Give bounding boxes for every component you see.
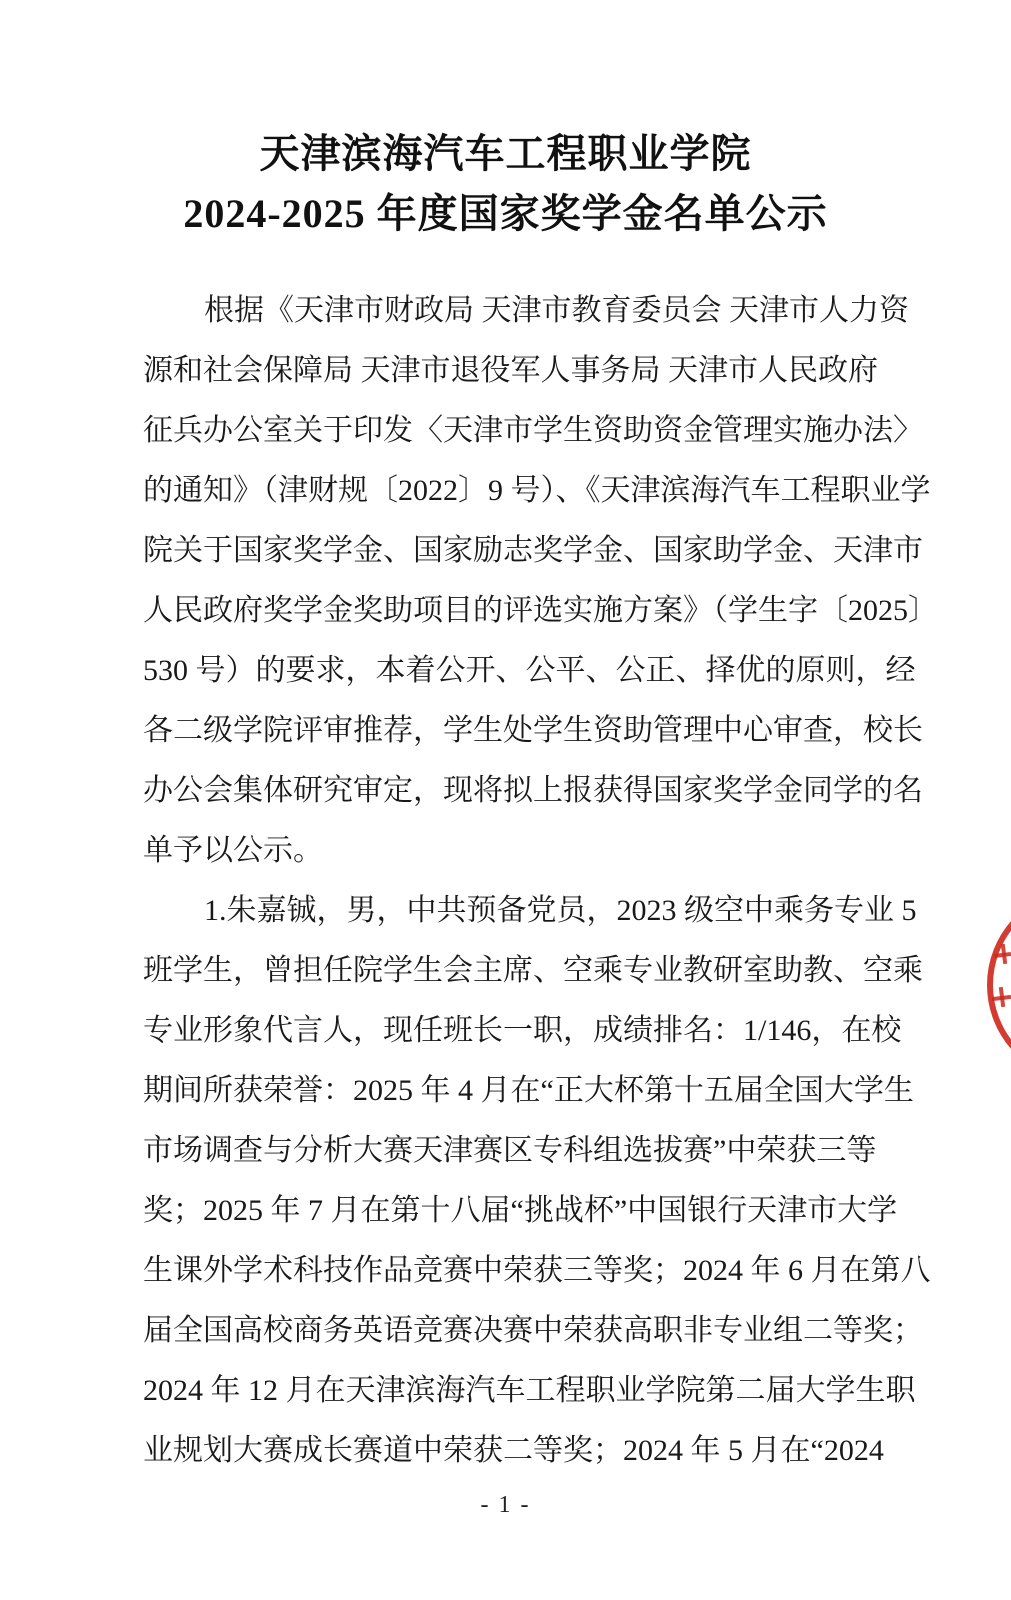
paragraph-1: 根据《天津市财政局 天津市教育委员会 天津市人力资 源和社会保障局 天津市退役军…: [143, 281, 875, 881]
body-line: 单予以公示。: [143, 821, 875, 881]
body-line: 奖；2025 年 7 月在第十八届“挑战杯”中国银行天津市大学: [143, 1181, 875, 1241]
body-line: 院关于国家奖学金、国家励志奖学金、国家助学金、天津市: [143, 521, 875, 581]
body-line: 期间所获荣誉：2025 年 4 月在“正大杯第十五届全国大学生: [143, 1061, 875, 1121]
body-line: 办公会集体研究审定，现将拟上报获得国家奖学金同学的名: [143, 761, 875, 821]
body-line: 班学生，曾担任院学生会主席、空乘专业教研室助教、空乘: [143, 941, 875, 1001]
title-line-2: 2024-2025 年度国家奖学金名单公示: [0, 184, 1011, 244]
body-line: 业规划大赛成长赛道中荣获二等奖；2024 年 5 月在“2024: [143, 1421, 875, 1481]
document-title: 天津滨海汽车工程职业学院 2024-2025 年度国家奖学金名单公示: [0, 124, 1011, 244]
body-line: 届全国高校商务英语竞赛决赛中荣获高职非专业组二等奖；: [143, 1301, 875, 1361]
title-line-1: 天津滨海汽车工程职业学院: [0, 124, 1011, 184]
body-line: 各二级学院评审推荐，学生处学生资助管理中心审查，校长: [143, 701, 875, 761]
body-line: 生课外学术科技作品竞赛中荣获三等奖；2024 年 6 月在第八: [143, 1241, 875, 1301]
body-line: 市场调查与分析大赛天津赛区专科组选拔赛”中荣获三等: [143, 1121, 875, 1181]
body-line: 530 号）的要求，本着公开、公平、公正、择优的原则，经: [143, 641, 875, 701]
paragraph-2: 1.朱嘉铖，男，中共预备党员，2023 级空中乘务专业 5 班学生，曾担任院学生…: [143, 881, 875, 1481]
body-line: 2024 年 12 月在天津滨海汽车工程职业学院第二届大学生职: [143, 1361, 875, 1421]
body-line: 的通知》（津财规〔2022〕9 号）、《天津滨海汽车工程职业学: [143, 461, 875, 521]
document-body: 根据《天津市财政局 天津市教育委员会 天津市人力资 源和社会保障局 天津市退役军…: [143, 281, 875, 1481]
page-number: - 1 -: [0, 1492, 1011, 1519]
body-line: 1.朱嘉铖，男，中共预备党员，2023 级空中乘务专业 5: [143, 881, 875, 941]
body-line: 专业形象代言人，现任班长一职，成绩排名：1/146，在校: [143, 1001, 875, 1061]
body-line: 根据《天津市财政局 天津市教育委员会 天津市人力资: [143, 281, 875, 341]
scanned-document-page: { "title": { "line1": "天津滨海汽车工程职业学院", "l…: [0, 0, 1011, 1600]
body-line: 源和社会保障局 天津市退役军人事务局 天津市人民政府: [143, 341, 875, 401]
body-line: 人民政府奖学金奖助项目的评选实施方案》（学生字〔2025〕: [143, 581, 875, 641]
body-line: 征兵办公室关于印发〈天津市学生资助资金管理实施办法〉: [143, 401, 875, 461]
official-seal-icon: [987, 888, 1011, 1082]
